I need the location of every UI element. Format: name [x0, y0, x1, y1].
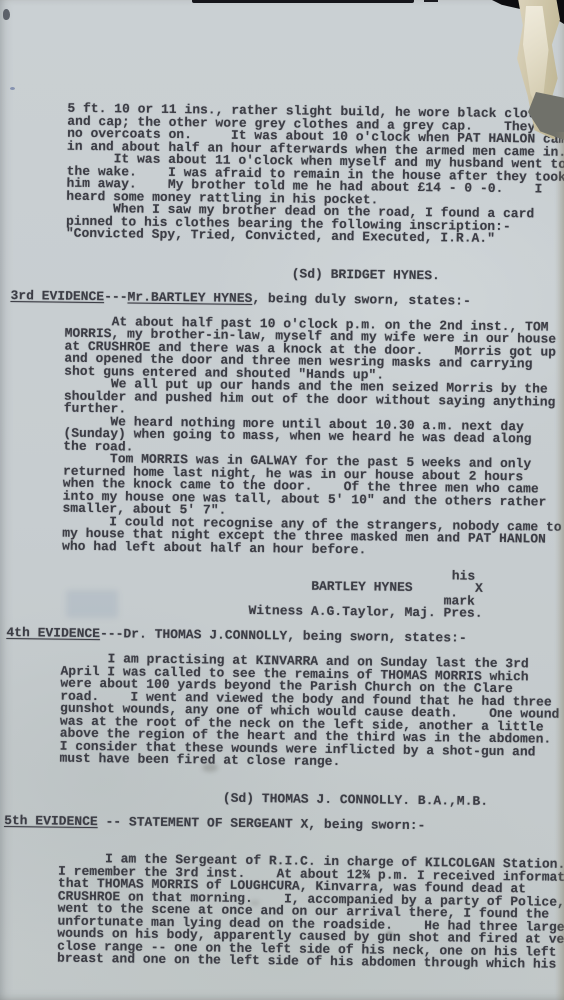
heading-underlined-text: Mr.BARTLEY HYNES — [127, 289, 252, 306]
scan-edge-black-strip — [192, 0, 414, 3]
paper-speck — [3, 9, 10, 20]
typewritten-text-block: 5 ft. 10 or 11 ins., rather slight build… — [2, 102, 564, 972]
paper-speck — [10, 87, 15, 90]
right-edge-shading — [555, 132, 564, 1000]
heading-underlined-text: 5th EVIDENCE — [4, 812, 98, 828]
scanned-document-screenshot: { "colors":{ "paper":"#c7cdd0", "ink":"#… — [0, 0, 564, 1000]
heading-plain-text: --- — [104, 289, 128, 304]
heading-underlined-text: 3rd EVIDENCE — [10, 288, 104, 304]
scan-edge-black-strip — [424, 0, 438, 2]
heading-plain-text: , being duly sworn, states:- — [252, 290, 471, 308]
heading-underlined-text: 4th EVIDENCE — [6, 625, 100, 641]
